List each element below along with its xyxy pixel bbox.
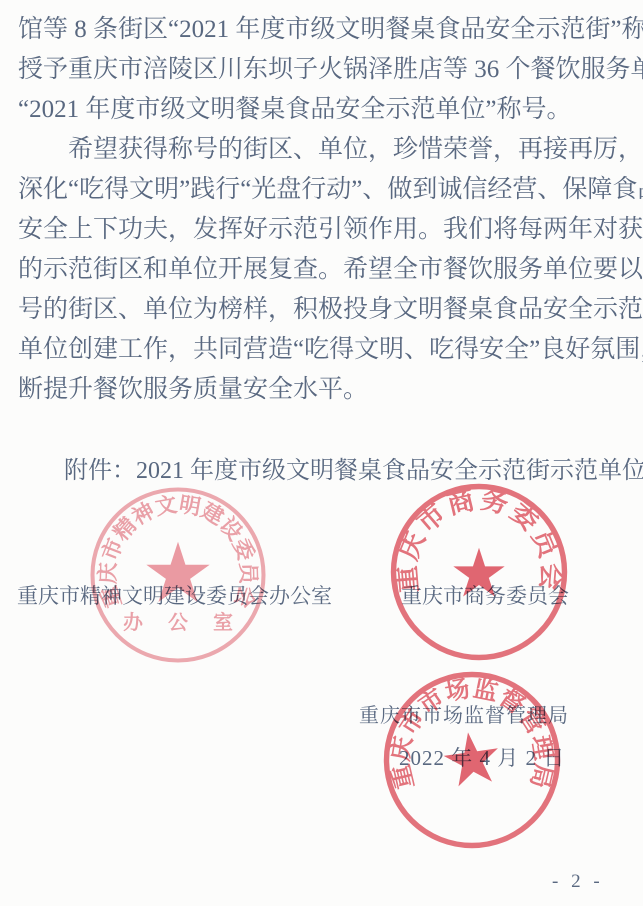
body-line: 希望获得称号的街区、单位，珍惜荣誉，再接再厉，持续在 xyxy=(18,130,628,170)
official-seal-market-supervision-icon: 重庆市市场监督管理局 xyxy=(382,670,562,850)
attachment-line: 附件：2021 年度市级文明餐桌食品安全示范街示范单位名单 xyxy=(64,450,643,485)
body-line: 安全上下功夫，发挥好示范引领作用。我们将每两年对获得称号 xyxy=(18,210,628,250)
body-line: 馆等 8 条街区“2021 年度市级文明餐桌食品安全示范街”称号， xyxy=(18,10,628,50)
document-page: 馆等 8 条街区“2021 年度市级文明餐桌食品安全示范街”称号， 授予重庆市涪… xyxy=(0,0,643,906)
body-line: 单位创建工作，共同营造“吃得文明、吃得安全”良好氛围，不 xyxy=(18,330,628,370)
official-seal-commerce-commission-icon: 重庆市商务委员会 xyxy=(389,482,569,662)
page-number: - 2 - xyxy=(552,871,604,893)
seal-bottom-text: 办公室 xyxy=(123,611,258,634)
body-line: 号的街区、单位为榜样，积极投身文明餐桌食品安全示范街示范 xyxy=(18,290,628,330)
body-line: 的示范街区和单位开展复查。希望全市餐饮服务单位要以获得称 xyxy=(18,250,628,290)
body-line: 断提升餐饮服务质量安全水平。 xyxy=(18,370,628,410)
body-line: “2021 年度市级文明餐桌食品安全示范单位”称号。 xyxy=(18,90,628,130)
body-line: 授予重庆市涪陵区川东坝子火锅泽胜店等 36 个餐饮服务单位 xyxy=(18,50,628,90)
seal-arc-text: 重庆市市场监督管理局 xyxy=(386,675,557,791)
star-icon xyxy=(146,542,209,602)
body-line: 深化“吃得文明”践行“光盘行动”、做到诚信经营、保障食品 xyxy=(18,170,628,210)
star-icon xyxy=(441,729,502,788)
star-icon xyxy=(453,548,504,597)
body-text: 馆等 8 条街区“2021 年度市级文明餐桌食品安全示范街”称号， 授予重庆市涪… xyxy=(18,10,628,410)
official-seal-civilization-office-icon: 重庆市精神文明建设委员会 办公室 xyxy=(88,485,268,665)
